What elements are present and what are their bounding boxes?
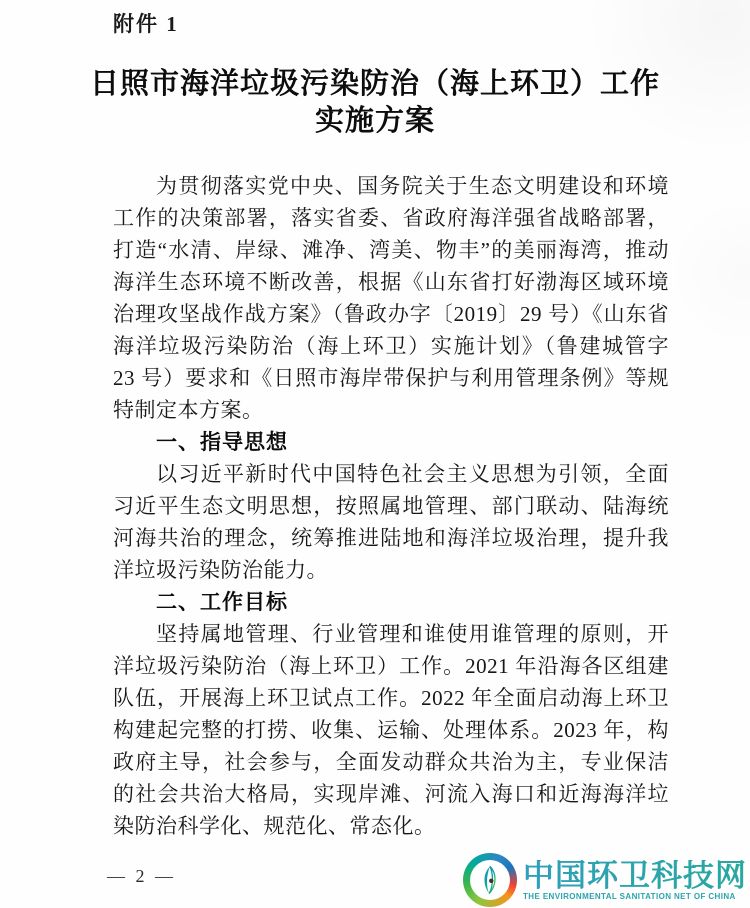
logo-text-block: 中国环卫科技网 THE ENVIRONMENTAL SANITATION NET…	[523, 860, 747, 901]
text-line: 河海共治的理念，统筹推进陆地和海洋垃圾治理，提升我市海	[113, 522, 669, 554]
attachment-label: 附件 1	[113, 8, 179, 38]
logo-ring-icon	[463, 853, 517, 907]
page-title-line2: 实施方案	[60, 103, 690, 140]
text-line: 打造“水清、岸绿、滩净、湾美、物丰”的美丽海湾，推动全市	[113, 234, 669, 266]
page-number: — 2 —	[107, 866, 176, 887]
text-line: 以习近平新时代中国特色社会主义思想为引领，全面贯彻	[113, 458, 669, 490]
page-title: 日照市海洋垃圾污染防治（海上环卫）工作 实施方案	[60, 66, 690, 140]
text-line: 工作的决策部署，落实省委、省政府海洋强省战略部署，努力	[113, 202, 669, 234]
text-line: 习近平生态文明思想，按照属地管理、部门联动、陆海统筹、	[113, 490, 669, 522]
site-watermark-logo: 中国环卫科技网 THE ENVIRONMENTAL SANITATION NET…	[463, 853, 747, 907]
text-line: 海洋垃圾污染防治（海上环卫）实施计划》（鲁建城管字〔2019〕	[113, 330, 669, 362]
text-line: 队伍，开展海上环卫试点工作。2022 年全面启动海上环卫工作，	[113, 682, 669, 714]
text-line: 洋垃圾污染防治能力。	[113, 554, 669, 586]
page-title-line1: 日照市海洋垃圾污染防治（海上环卫）工作	[60, 66, 690, 103]
text-line: 23 号）要求和《日照市海岸带保护与利用管理条例》等规定，	[113, 362, 669, 394]
text-line: 海洋生态环境不断改善，根据《山东省打好渤海区域环境综合	[113, 266, 669, 298]
text-line: 政府主导，社会参与，全面发动群众共治为主，专业保洁为辅	[113, 746, 669, 778]
scanned-document-page: 附件 1 日照市海洋垃圾污染防治（海上环卫）工作 实施方案 为贯彻落实党中央、国…	[0, 0, 750, 908]
text-line: 染防治科学化、规范化、常态化。	[113, 810, 669, 842]
logo-leaf-icon	[470, 860, 510, 900]
text-line: 构建起完整的打捞、收集、运输、处理体系。2023 年，构建以	[113, 714, 669, 746]
logo-chinese-name: 中国环卫科技网	[523, 860, 747, 891]
text-line: 治理攻坚战作战方案》（鲁政办字〔2019〕29 号）《山东省渤海	[113, 298, 669, 330]
text-line: 洋垃圾污染防治（海上环卫）工作。2021 年沿海各区组建专业	[113, 650, 669, 682]
section-heading: 二、工作目标	[113, 586, 669, 618]
document-body: 为贯彻落实党中央、国务院关于生态文明建设和环境保护工作的决策部署，落实省委、省政…	[113, 170, 669, 842]
logo-english-tagline: THE ENVIRONMENTAL SANITATION NET OF CHIN…	[523, 893, 747, 901]
text-line: 坚持属地管理、行业管理和谁使用谁管理的原则，开展海	[113, 618, 669, 650]
text-line: 的社会共治大格局，实现岸滩、河流入海口和近海海洋垃圾污	[113, 778, 669, 810]
text-line: 为贯彻落实党中央、国务院关于生态文明建设和环境保护	[113, 170, 669, 202]
section-heading: 一、指导思想	[113, 426, 669, 458]
text-line: 特制定本方案。	[113, 394, 669, 426]
